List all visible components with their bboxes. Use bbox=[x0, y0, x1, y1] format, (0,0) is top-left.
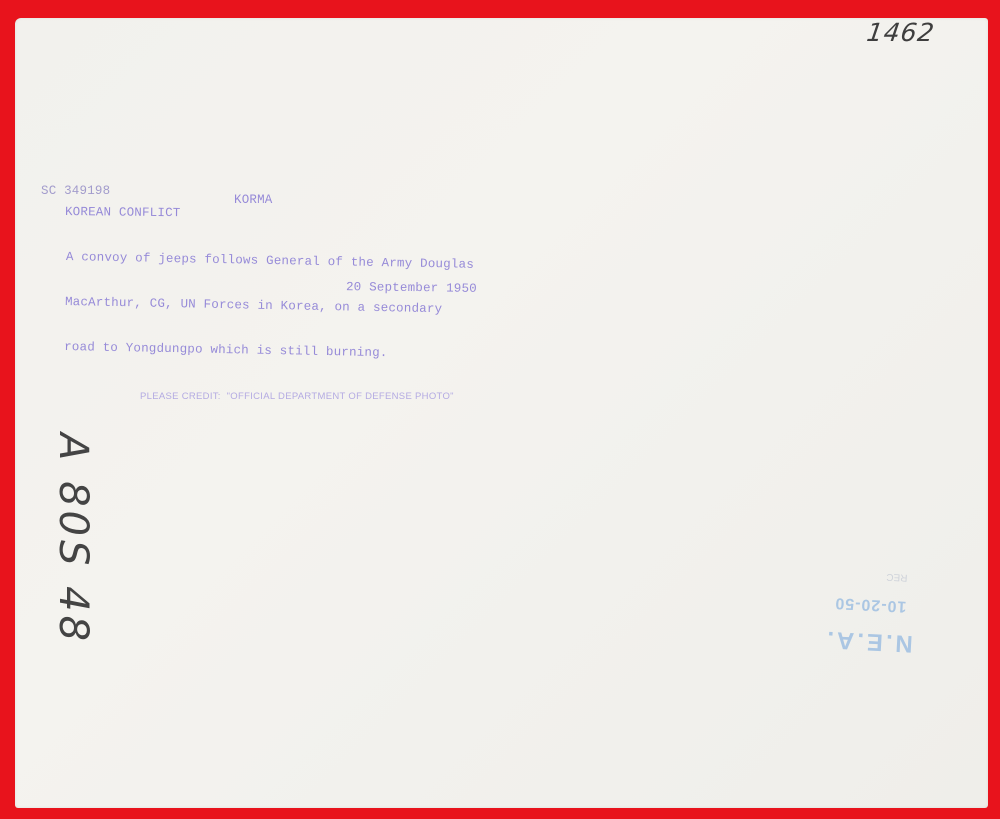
caption-region: KORMA bbox=[234, 193, 273, 208]
nea-received-stamp: N.E.A. 10-20-50 REC bbox=[793, 566, 947, 659]
handwritten-side-note: A 80S 48 bbox=[50, 389, 96, 689]
stamp-agency: N.E.A. bbox=[793, 623, 944, 659]
caption-date: 20 September 1950 bbox=[346, 280, 477, 297]
caption-body: A convoy of jeeps follows General of the… bbox=[63, 220, 474, 393]
credit-line: PLEASE CREDIT: "OFFICIAL DEPARTMENT OF D… bbox=[140, 391, 454, 402]
stamp-date: 10-20-50 bbox=[795, 591, 946, 617]
caption-subject: KOREAN CONFLICT bbox=[65, 205, 181, 221]
photo-back-paper: 1462 SC 349198 KORMA KOREAN CONFLICT A c… bbox=[15, 18, 988, 808]
caption-reference-number: SC 349198 bbox=[41, 184, 110, 199]
stamp-faint-text: REC bbox=[797, 566, 997, 587]
caption-line: MacArthur, CG, UN Forces in Korea, on a … bbox=[65, 295, 473, 318]
caption-line: road to Yongdungpo which is still burnin… bbox=[64, 340, 472, 363]
handwritten-archive-number: 1462 bbox=[865, 18, 937, 47]
caption-line: A convoy of jeeps follows General of the… bbox=[66, 250, 474, 273]
